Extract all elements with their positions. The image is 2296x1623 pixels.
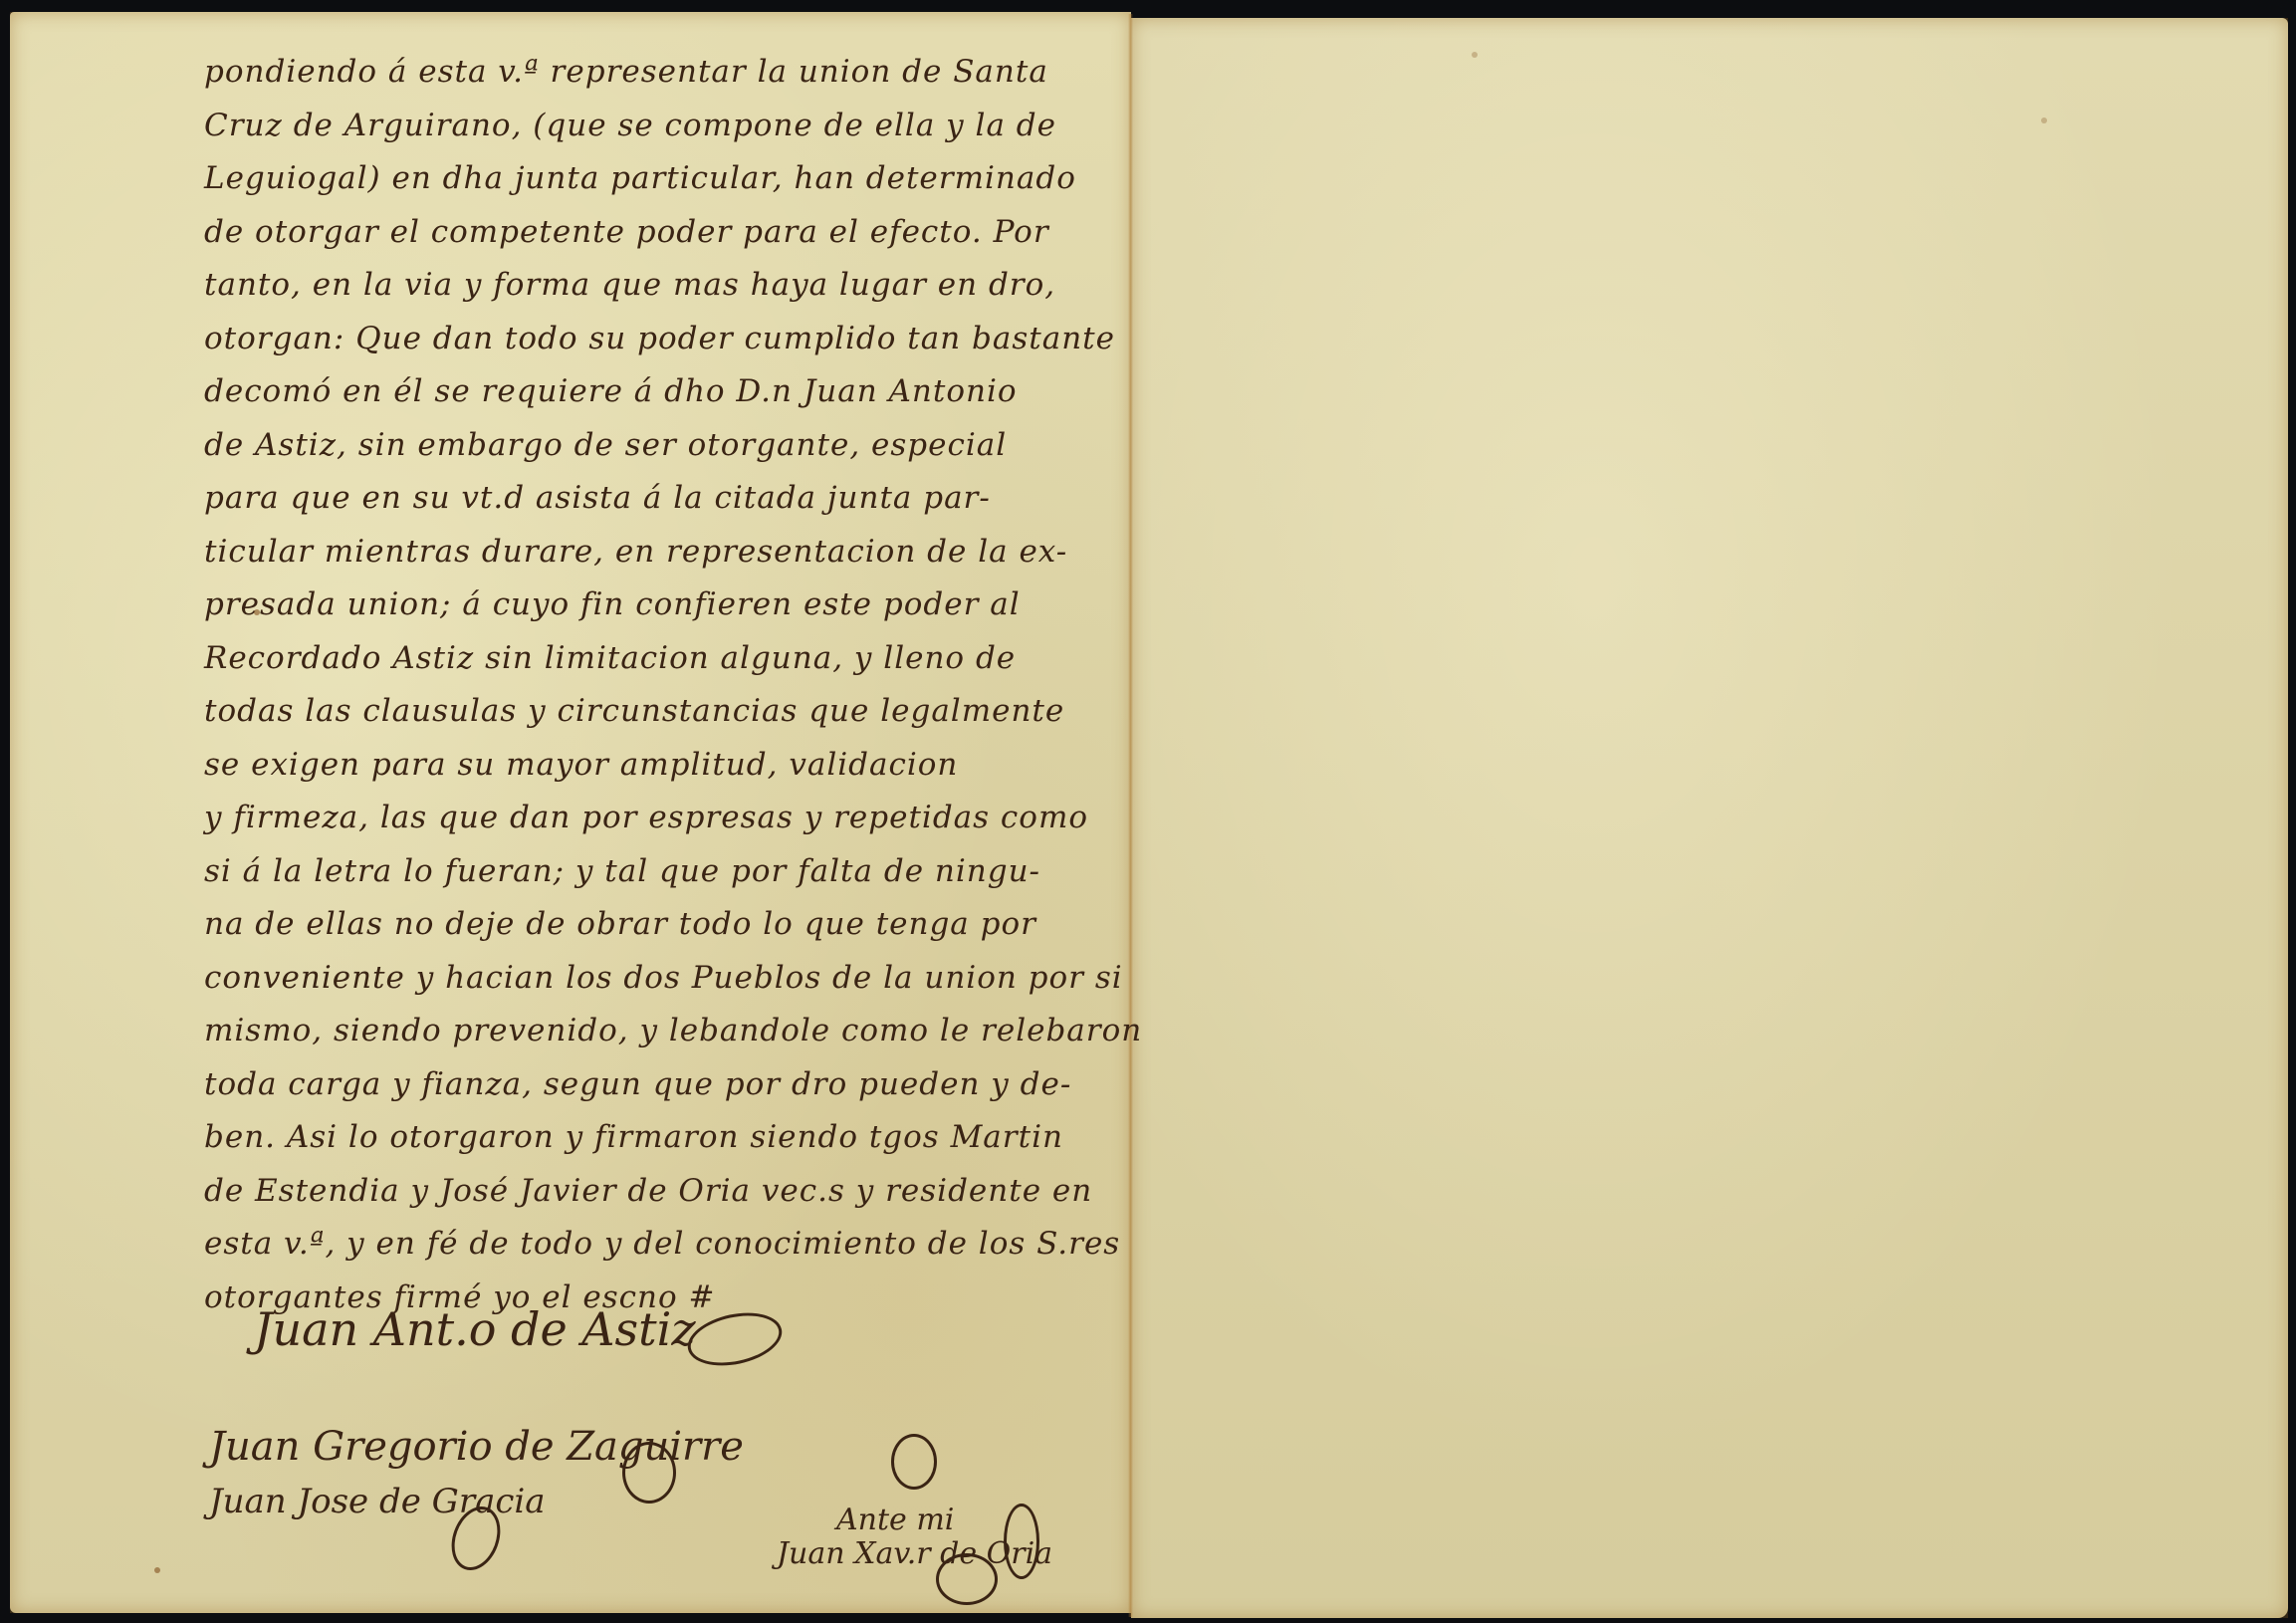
notary-rubric <box>936 1553 998 1605</box>
right-page-blank <box>1131 18 2288 1618</box>
text-line: para que en su vt.d asista á la citada j… <box>204 472 1080 526</box>
text-line: tanto, en la via y forma que mas haya lu… <box>204 259 1080 313</box>
text-line: Recordado Astiz sin limitacion alguna, y… <box>204 632 1080 686</box>
text-line: otorgan: Que dan todo su poder cumplido … <box>204 313 1080 366</box>
text-line: si á la letra lo fueran; y tal que por f… <box>204 845 1080 899</box>
manuscript-body: pondiendo á esta v.ª representar la unio… <box>204 46 1080 1324</box>
text-line: todas las clausulas y circunstancias que… <box>204 685 1080 739</box>
text-line: conveniente y hacian los dos Pueblos de … <box>204 952 1080 1006</box>
paper-stain <box>1472 52 1478 58</box>
page-fold <box>1128 14 1133 1617</box>
paper-stain <box>2041 117 2047 123</box>
signature-principal: Juan Ant.o de Astiz <box>254 1302 696 1356</box>
text-line: esta v.ª, y en fé de todo y del conocimi… <box>204 1218 1080 1272</box>
text-line: toda carga y fianza, segun que por dro p… <box>204 1058 1080 1112</box>
notary-rubric <box>1004 1504 1039 1579</box>
text-line: se exigen para su mayor amplitud, valida… <box>204 739 1080 793</box>
text-line: presada union; á cuyo fin confieren este… <box>204 579 1080 632</box>
signature-rubric <box>622 1442 676 1504</box>
text-line: mismo, siendo prevenido, y lebandole com… <box>204 1005 1080 1058</box>
paper-stain <box>254 609 260 615</box>
notary-rubric <box>891 1434 937 1490</box>
text-line: ben. Asi lo otorgaron y firmaron siendo … <box>204 1111 1080 1165</box>
text-line: na de ellas no deje de obrar todo lo que… <box>204 898 1080 952</box>
text-line: decomó en él se requiere á dho D.n Juan … <box>204 365 1080 419</box>
paper-stain <box>154 1567 160 1573</box>
text-line: de Estendia y José Javier de Oria vec.s … <box>204 1165 1080 1219</box>
text-line: Cruz de Arguirano, (que se compone de el… <box>204 100 1080 153</box>
text-line: de otorgar el competente poder para el e… <box>204 206 1080 260</box>
text-line: Leguiogal) en dha junta particular, han … <box>204 152 1080 206</box>
text-line: de Astiz, sin embargo de ser otorgante, … <box>204 419 1080 473</box>
text-line: ticular mientras durare, en representaci… <box>204 526 1080 580</box>
text-line: pondiendo á esta v.ª representar la unio… <box>204 46 1080 100</box>
text-line: y firmeza, las que dan por espresas y re… <box>204 792 1080 845</box>
